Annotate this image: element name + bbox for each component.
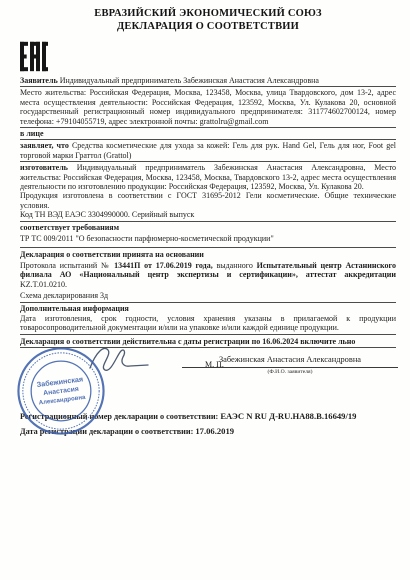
declares-paragraph: заявляет, что Средства косметические для… [20,141,396,162]
document-title: ЕВРАЗИЙСКИЙ ЭКОНОМИЧЕСКИЙ СОЮЗ ДЕКЛАРАЦИ… [20,7,396,33]
divider [20,221,396,222]
declares-value: Средства косметические для ухода за коже… [20,141,396,159]
divider [20,247,396,248]
protocol-p3: выданного [213,261,257,270]
applicant-value: Индивидуальный предприниматель Забежинск… [60,76,319,85]
protocol-accreditation: KZ.T.01.0210. [20,280,67,289]
applicant-row: Заявитель Индивидуальный предприниматель… [20,76,396,85]
signature-icon [86,342,150,378]
document-content: ЕВРАЗИЙСКИЙ ЭКОНОМИЧЕСКИЙ СОЮЗ ДЕКЛАРАЦИ… [0,0,410,436]
protocol-p1: Протокола испытаний № [20,261,114,270]
title-line-union: ЕВРАЗИЙСКИЙ ЭКОНОМИЧЕСКИЙ СОЮЗ [20,7,396,20]
conforms-label: соответствует требованиям [20,223,396,232]
divider [20,302,396,303]
divider [20,86,396,87]
signature-area: Забежинская Анастасия Александровна М. П… [20,350,396,412]
stamp-line-3: Александровна [39,395,87,407]
additional-label: Дополнительная информация [20,304,396,313]
declaration-document: ЕВРАЗИЙСКИЙ ЭКОНОМИЧЕСКИЙ СОЮЗ ДЕКЛАРАЦИ… [0,0,410,580]
in-person-row: в лице [20,129,396,138]
stamp-line-2: Анастасия [43,386,79,397]
protocol-paragraph: Протокола испытаний № 13441П от 17.06.20… [20,261,396,289]
stamp-line-1: Забежинская [36,375,83,390]
applicant-label: Заявитель [20,76,58,85]
registration-number-label: Регистрационный номер декларации о соотв… [20,412,220,421]
conforms-text: ТР ТС 009/2011 "О безопасности парфюмерн… [20,234,396,243]
applicant-signature-name: Забежинская Анастасия Александровна [182,354,398,368]
declares-label: заявляет, что [20,141,69,150]
manufacturer-label: изготовитель [20,163,68,172]
manufacturer-paragraph: изготовитель Индивидуальный предпринимат… [20,163,396,191]
applicant-name-block: Забежинская Анастасия Александровна (Ф.И… [182,354,398,376]
registration-date-label: Дата регистрации декларации о соответств… [20,427,195,436]
title-line-declaration: ДЕКЛАРАЦИЯ О СООТВЕТСТВИИ [20,20,396,33]
eac-logo: ЕАС [20,39,396,73]
divider [20,347,396,348]
divider [20,127,396,128]
basis-label: Декларация о соответствии принята на осн… [20,250,396,259]
divider [20,139,396,140]
manufacturer-value: Индивидуальный предприниматель Забежинск… [20,163,396,191]
gost-paragraph: Продукция изготовлена в соответствии с Г… [20,191,396,210]
registration-number-row: Регистрационный номер декларации о соотв… [20,412,396,422]
protocol-number: 13441П от 17.06.2019 года, [114,261,213,270]
validity-row: Декларация о соответствии действительна … [20,337,396,346]
additional-text: Дата изготовления, срок годности, услови… [20,314,396,335]
scheme-row: Схема декларирования 3д [20,291,396,300]
tnved-row: Код ТН ВЭД ЕАЭС 3304990000. Серийный вып… [20,210,396,219]
eac-mark-icon [20,40,48,73]
registration-date-value: 17.06.2019 [195,426,234,436]
registration-date-row: Дата регистрации декларации о соответств… [20,427,396,437]
applicant-name-caption: (Ф.И.О. заявителя) [182,368,398,376]
residence-paragraph: Место жительства: Российская Федерация, … [20,88,396,126]
registration-number-value: ЕАЭС N RU Д-RU.НА88.В.16649/19 [220,411,356,421]
